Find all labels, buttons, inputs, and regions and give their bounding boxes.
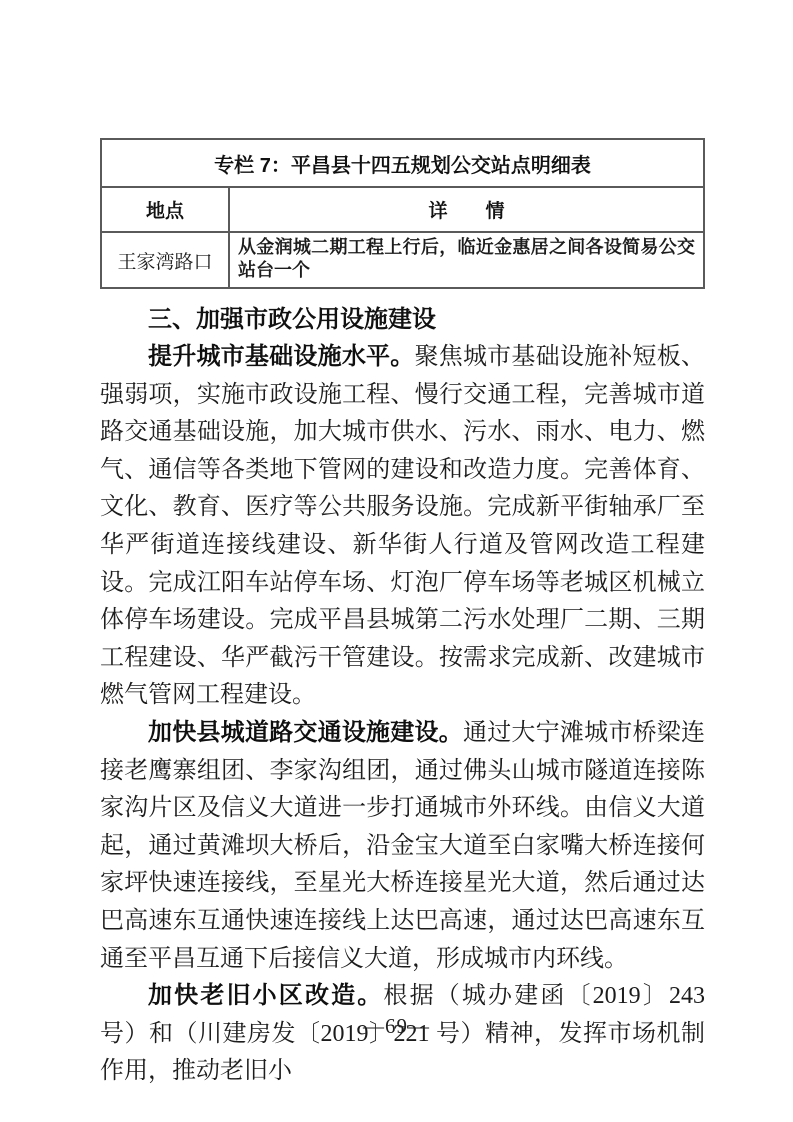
table-cell-detail: 从金润城二期工程上行后，临近金惠居之间各设简易公交站台一个 — [229, 232, 704, 288]
paragraph-lead: 加快县城道路交通设施建设。 — [148, 720, 463, 746]
document-page: 专栏 7：平昌县十四五规划公交站点明细表 地点 详 情 王家湾路口 从金润城二期… — [0, 0, 793, 1122]
paragraph-infrastructure: 提升城市基础设施水平。聚焦城市基础设施补短板、强弱项，实施市政设施工程、慢行交通… — [100, 339, 705, 715]
table-title: 专栏 7：平昌县十四五规划公交站点明细表 — [101, 139, 704, 187]
table-header-location: 地点 — [101, 187, 229, 232]
table-title-row: 专栏 7：平昌县十四五规划公交站点明细表 — [101, 139, 704, 187]
paragraph-body: 聚焦城市基础设施补短板、强弱项，实施市政设施工程、慢行交通工程，完善城市道路交通… — [100, 344, 705, 708]
content-area: 专栏 7：平昌县十四五规划公交站点明细表 地点 详 情 王家湾路口 从金润城二期… — [100, 138, 705, 1091]
paragraph-lead: 提升城市基础设施水平。 — [148, 344, 415, 370]
table-header-detail: 详 情 — [229, 187, 704, 232]
bus-stop-table: 专栏 7：平昌县十四五规划公交站点明细表 地点 详 情 王家湾路口 从金润城二期… — [100, 138, 705, 289]
paragraph-lead: 加快老旧小区改造。 — [148, 983, 383, 1009]
table-cell-location: 王家湾路口 — [101, 232, 229, 288]
page-number: —69— — [0, 1014, 793, 1039]
section-heading: 三、加强市政公用设施建设 — [100, 301, 705, 339]
paragraph-roads: 加快县城道路交通设施建设。通过大宁滩城市桥梁连接老鹰寨组团、李家沟组团，通过佛头… — [100, 715, 705, 978]
table-row: 王家湾路口 从金润城二期工程上行后，临近金惠居之间各设简易公交站台一个 — [101, 232, 704, 288]
table-header-row: 地点 详 情 — [101, 187, 704, 232]
paragraph-body: 通过大宁滩城市桥梁连接老鹰寨组团、李家沟组团，通过佛头山城市隧道连接陈家沟片区及… — [100, 720, 705, 972]
